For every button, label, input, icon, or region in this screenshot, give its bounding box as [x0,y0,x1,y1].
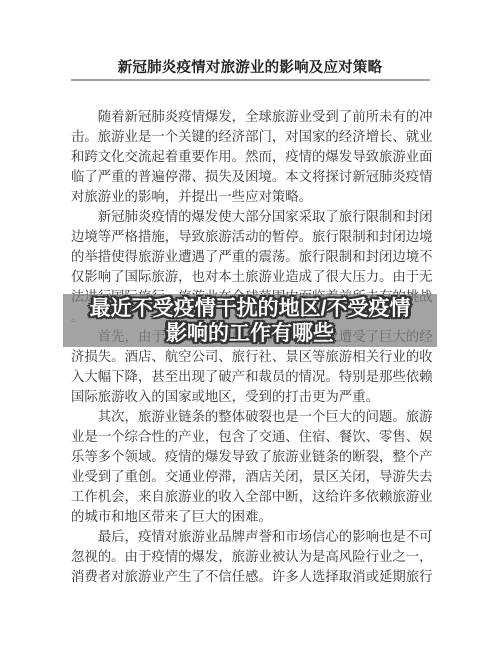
text-line: 边境等严格措施，导致旅游活动的暂停。旅行限制和封闭边境 [71,227,433,247]
text-line: 和跨文化交流起着重要作用。然而，疫情的爆发导致旅游业面 [71,147,433,167]
text-line: 对旅游业的影响，并提出一些应对策略。 [71,187,433,207]
text-line: 入大幅下降，甚至出现了破产和裁员的情况。特别是那些依赖 [71,367,433,387]
title-underline [71,79,430,81]
text-line: 业是一个综合性的产业，包含了交通、住宿、餐饮、零售、娱 [71,427,433,447]
text-line: 国际旅游收入的国家或地区，受到的打击更为严重。 [71,387,433,407]
text-line: 乐等多个领域。疫情的爆发导致了旅游业链条的断裂，整个产 [71,447,433,467]
watermark-line-1: 最近不受疫情干扰的地区/不受疫情 [0,296,500,321]
text-line: 击。旅游业是一个关键的经济部门，对国家的经济增长、就业 [71,127,433,147]
text-line: 工作机会，来自旅游业的收入全部中断，这给许多依赖旅游业 [71,487,433,507]
text-line: 其次，旅游业链条的整体破裂也是一个巨大的问题。旅游 [71,407,433,427]
text-line: 随着新冠肺炎疫情爆发，全球旅游业受到了前所未有的冲 [71,107,433,127]
text-line: 的举措使得旅游业遭遇了严重的震荡。旅行限制和封闭边境不 [71,247,433,267]
document-page: 新冠肺炎疫情对旅游业的影响及应对策略 随着新冠肺炎疫情爆发，全球旅游业受到了前所… [0,0,500,647]
text-line: 济损失。酒店、航空公司、旅行社、景区等旅游相关行业的收 [71,347,433,367]
text-line: 仅影响了国际旅游，也对本土旅游业造成了很大压力。由于无 [71,267,433,287]
body-text: 随着新冠肺炎疫情爆发，全球旅游业受到了前所未有的冲击。旅游业是一个关键的经济部门… [71,107,433,587]
text-line: 最后，疫情对旅游业品牌声誉和市场信心的影响也是不可 [71,527,433,547]
text-line: 业受到了重创。交通业停滞，酒店关闭，景区关闭，导游失去 [71,467,433,487]
text-line: 忽视的。由于疫情的爆发，旅游业被认为是高风险行业之一， [71,547,433,567]
watermark-text: 最近不受疫情干扰的地区/不受疫情 影响的工作有哪些 [0,296,500,346]
text-line: 消费者对旅游业产生了不信任感。许多人选择取消或延期旅行 [71,567,433,587]
text-line: 的城市和地区带来了巨大的困难。 [71,507,433,527]
text-line: 新冠肺炎疫情的爆发使大部分国家采取了旅行限制和封闭 [71,207,433,227]
watermark-line-2: 影响的工作有哪些 [0,321,500,346]
document-title: 新冠肺炎疫情对旅游业的影响及应对策略 [0,56,500,77]
text-line: 临了严重的普遍停滞、损失及困境。本文将探讨新冠肺炎疫情 [71,167,433,187]
